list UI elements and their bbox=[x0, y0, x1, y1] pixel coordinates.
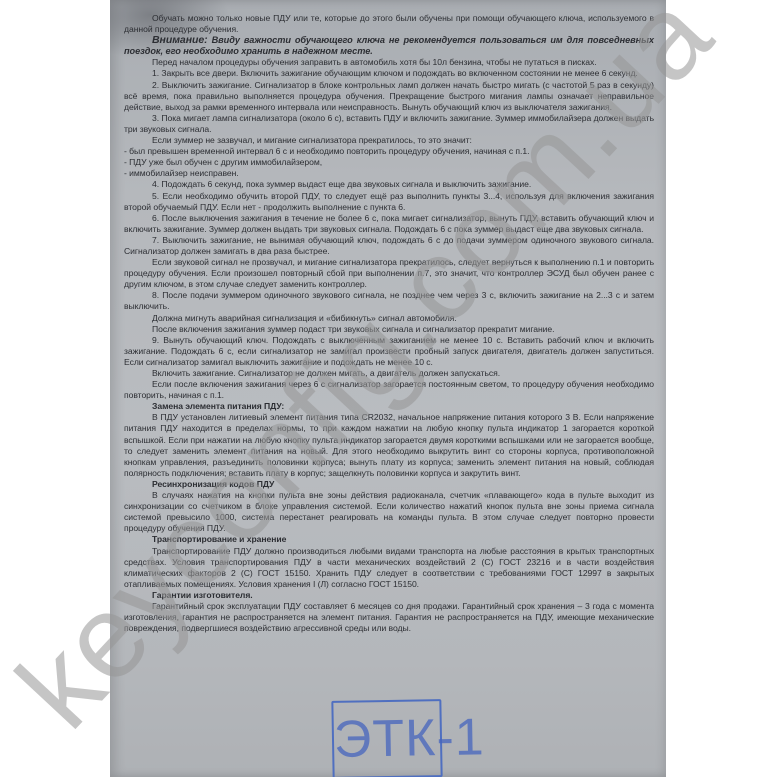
paragraph: 2. Выключить зажигание. Сигнализатор в б… bbox=[124, 80, 654, 113]
section-heading: Замена элемента питания ПДУ: bbox=[124, 401, 654, 412]
paragraph: Транспортирование ПДУ должно производить… bbox=[124, 546, 654, 590]
paragraph: 4. Подождать 6 секунд, пока зуммер выдас… bbox=[124, 179, 654, 190]
paragraph: Обучать можно только новые ПДУ или те, к… bbox=[124, 13, 654, 35]
paragraph: В случаях нажатия на кнопки пульта вне з… bbox=[124, 490, 654, 534]
paragraph: Должна мигнуть аварийная сигнализация и … bbox=[124, 313, 654, 324]
paragraph: Перед началом процедуры обучения заправи… bbox=[124, 57, 654, 68]
paragraph: - был превышен временной интервал 6 с и … bbox=[124, 146, 654, 157]
paragraph: 7. Выключить зажигание, не вынимая обуча… bbox=[124, 235, 654, 257]
paragraph: 1. Закрыть все двери. Включить зажигание… bbox=[124, 68, 654, 79]
paragraph: - иммобилайзер неисправен. bbox=[124, 168, 654, 179]
paragraph: После включения зажигания зуммер подаст … bbox=[124, 324, 654, 335]
paragraph: Включить зажигание. Сигнализатор не долж… bbox=[124, 368, 654, 379]
paragraph: Если звуковой сигнал не прозвучал, и миг… bbox=[124, 257, 654, 290]
paragraph: 3. Пока мигает лампа сигнализатора (окол… bbox=[124, 113, 654, 135]
paragraph: Если зуммер не зазвучал, и мигание сигна… bbox=[124, 135, 654, 146]
warning-lead: Внимание: bbox=[152, 34, 208, 46]
document-page: Обучать можно только новые ПДУ или те, к… bbox=[110, 0, 666, 777]
section-heading: Транспортирование и хранение bbox=[124, 534, 654, 545]
section-heading: Ресинхронизация кодов ПДУ bbox=[124, 479, 654, 490]
paragraph: В ПДУ установлен литиевый элемент питани… bbox=[124, 412, 654, 479]
paragraph: - ПДУ уже был обучен с другим иммобилайз… bbox=[124, 157, 654, 168]
paragraph: 9. Вынуть обучающий ключ. Подождать с вы… bbox=[124, 335, 654, 368]
paragraph: 8. После подачи зуммером одиночного звук… bbox=[124, 290, 654, 312]
qc-stamp: ЭТК-1 bbox=[331, 699, 442, 777]
warning-paragraph: Внимание: Ввиду важности обучающего ключ… bbox=[124, 35, 654, 57]
paragraph: Гарантийный срок эксплуатации ПДУ состав… bbox=[124, 601, 654, 634]
paragraph: 6. После выключения зажигания в течение … bbox=[124, 213, 654, 235]
section-heading: Гарантии изготовителя. bbox=[124, 590, 654, 601]
paragraph: 5. Если необходимо обучить второй ПДУ, т… bbox=[124, 191, 654, 213]
document-body: Обучать можно только новые ПДУ или те, к… bbox=[124, 13, 654, 634]
paragraph: Если после включения зажигания через 6 с… bbox=[124, 379, 654, 401]
